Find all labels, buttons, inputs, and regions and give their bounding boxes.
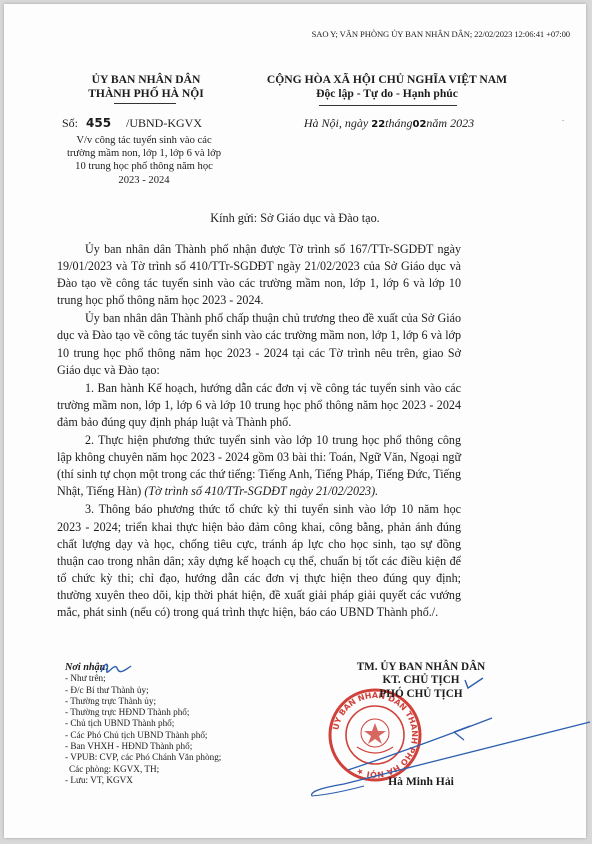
recipient-item: Các phòng: KGVX, TH; [65,764,265,775]
document-page: SAO Y; VĂN PHÒNG ỦY BAN NHÂN DÂN; 22/02/… [4,4,586,838]
signer-name: Hà Minh Hải [356,775,486,788]
initial-signature-icon [97,658,137,678]
subject-line: trường mầm non, lớp 1, lớp 6 và lớp [54,147,234,160]
initial-mark-icon [462,676,486,690]
nation-line-1: CỘNG HÒA XÃ HỘI CHỦ NGHĨA VIỆT NAM [242,73,532,87]
recipient-item: - Ban VHXH - HĐND Thành phố; [65,741,265,752]
subject-line: 2023 - 2024 [54,174,234,187]
issuer-underline [114,103,176,104]
place-and-date: Hà Nội, ngày 22tháng02năm 2023 [254,116,524,132]
subject-summary: V/v công tác tuyển sinh vào các trường m… [54,134,234,187]
national-header: CỘNG HÒA XÃ HỘI CHỦ NGHĨA VIỆT NAM Độc l… [242,73,532,101]
recipient-item: - Như trên; [65,673,265,684]
recipients-list: Nơi nhận: - Như trên; - Đ/c Bí thư Thành… [65,662,265,786]
date-year: năm 2023 [426,116,474,130]
issuer-line-2: THÀNH PHỐ HÀ NỘI [60,87,232,101]
recipient-item: - VPUB: CVP, các Phó Chánh Văn phòng; [65,752,265,763]
issuer-header: ỦY BAN NHÂN DÂN THÀNH PHỐ HÀ NỘI [60,73,232,101]
recipient-item: - Các Phó Chủ tịch UBND Thành phố; [65,730,265,741]
recipient-item: - Chủ tịch UBND Thành phố; [65,718,265,729]
recipient-item: - Đ/c Bí thư Thành ủy; [65,685,265,696]
body-reference: (Tờ trình số 410/TTr-SGDĐT ngày 21/02/20… [144,484,378,498]
recipient-item: - Thường trực Thành ủy; [65,696,265,707]
recipient-item: - Thường trực HĐND Thành phố; [65,707,265,718]
date-prefix: Hà Nội, ngày [304,116,368,130]
motto-underline [319,105,457,106]
subject-line: V/v công tác tuyển sinh vào các [54,134,234,147]
addressee: Kính gửi: Sở Giáo dục và Đào tạo. [4,211,586,226]
body-paragraph: Ủy ban nhân dân Thành phố chấp thuận chủ… [57,310,461,378]
recipient-item: - Lưu: VT, KGVX [65,775,265,786]
nation-line-2: Độc lập - Tự do - Hạnh phúc [242,87,532,101]
issuer-line-1: ỦY BAN NHÂN DÂN [60,73,232,87]
subject-line: 10 trung học phổ thông năm học [54,160,234,173]
date-month-label: tháng [385,116,412,130]
doc-number-suffix: /UBND-KGVX [126,116,202,130]
doc-number-prefix: Số: [62,116,78,130]
recipients-title: Nơi nhận: [65,662,265,673]
body-paragraph: 3. Thông báo phương thức tổ chức kỳ thi … [57,501,461,621]
body-paragraph: Ủy ban nhân dân Thành phố nhận được Tờ t… [57,241,461,309]
sign-line-1: TM. ỦY BAN NHÂN DÂN [332,661,510,674]
document-number: Số:455/UBND-KGVX [62,116,242,130]
scan-mark: ˇ [562,119,564,127]
body-paragraph: 2. Thực hiện phương thức tuyển sinh vào … [57,432,461,500]
date-day: 22 [371,119,385,130]
body-paragraph: 1. Ban hành Kế hoạch, hướng dẫn các đơn … [57,380,461,431]
date-month: 02 [413,119,427,130]
official-seal-icon: ỦY BAN NHÂN DÂN THÀNH PHỐ HÀ NỘI ★ [327,687,423,783]
copy-stamp: SAO Y; VĂN PHÒNG ỦY BAN NHÂN DÂN; 22/02/… [230,29,570,39]
doc-number-value: 455 [78,116,126,130]
document-body: Ủy ban nhân dân Thành phố nhận được Tờ t… [57,241,461,621]
